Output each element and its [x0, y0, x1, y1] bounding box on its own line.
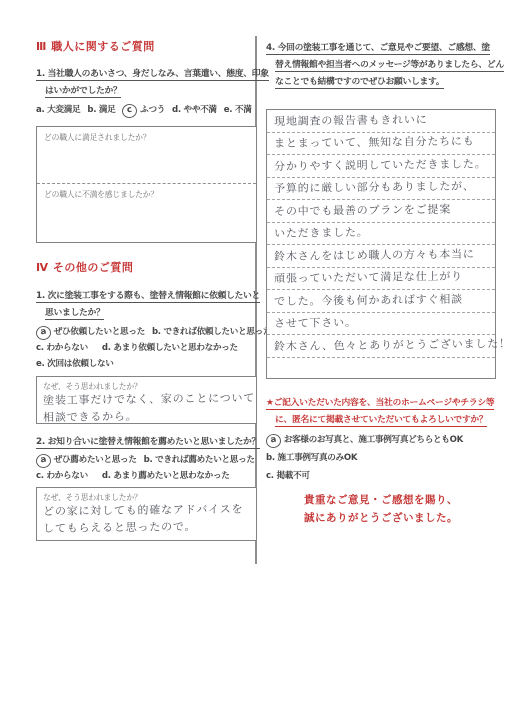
- option-d: d. やや不満: [172, 105, 217, 115]
- question-4-line3: なことでも結構ですのでぜひお願いします。: [266, 74, 496, 91]
- options-row-1: a ぜひ依頼したいと思ったb. できれば依頼したいと思った: [36, 324, 257, 340]
- question-3-1-line2: はいかがでしたか？: [36, 83, 257, 100]
- question-4-2: 2. お知り合いに塗替え情報館を薦めたいと思いましたか？ a ぜひ薦めたいと思っ…: [36, 434, 257, 541]
- option-d: d. あまり依頼したいと思わなかった: [102, 343, 238, 353]
- option-c: c. わからない: [36, 471, 88, 481]
- option-c: c. わからない: [36, 343, 88, 353]
- satisfied-craftsman-label: どの職人に満足されましたか？: [44, 132, 249, 143]
- option-c-label: ふつう: [140, 105, 165, 115]
- section4-heading: Ⅳ その他のご質問: [36, 261, 257, 275]
- option-a-label: ぜひ依頼したいと思った: [54, 327, 145, 337]
- message-line-empty: [267, 358, 495, 380]
- message-line: 予算的に厳しい部分もありましたが、: [267, 178, 495, 201]
- handdrawn-circle-mark: a: [35, 453, 52, 469]
- options-row-3: e. 次回は依頼しない: [36, 356, 257, 372]
- message-line: させて下さい。: [267, 313, 495, 336]
- question-4-1-options: a ぜひ依頼したいと思ったb. できれば依頼したいと思った c. わからないd.…: [36, 324, 257, 372]
- unsatisfied-craftsman-label: どの職人に不満を感じましたか？: [44, 189, 249, 200]
- publish-question-line1: ★ご記入いただいた内容を、当社のホームページやチラシ等: [266, 395, 496, 412]
- question-4-line2: 替え情報館や担当者へのメッセージ等がありましたら、どん: [266, 57, 496, 74]
- message-answer-box: 現地調査の報告書もきれいに まとまっていて、無知な自分たちにも 分かりやすく説明…: [266, 109, 496, 379]
- left-column: Ⅲ 職人に関するご質問 1. 当社職人のあいさつ、身だしなみ、言葉遣い、態度、印…: [36, 40, 257, 541]
- question-3-1: 1. 当社職人のあいさつ、身だしなみ、言葉遣い、態度、印象 はいかがでしたか？ …: [36, 66, 257, 243]
- question-4-2-line1: 2. お知り合いに塗替え情報館を薦めたいと思いましたか？: [36, 434, 257, 451]
- why-answer-box-1: なぜ、そう思われましたか？ 塗装工事だけでなく、家のことについて 相談できるから…: [36, 376, 257, 424]
- question-4-1: 1. 次に塗装工事をする際も、塗替え情報館に依頼したいと 思いましたか？ a ぜ…: [36, 288, 257, 424]
- options-row-1: a ぜひ薦めたいと思ったb. できれば薦めたいと思った: [36, 452, 257, 468]
- option-a-selected: a ぜひ薦めたいと思った: [36, 455, 137, 465]
- craftsman-feedback-box: どの職人に満足されましたか？ どの職人に不満を感じましたか？: [36, 126, 257, 243]
- unsatisfied-craftsman-field: どの職人に不満を感じましたか？: [37, 183, 256, 205]
- question-3-1-options: a. 大変満足b. 満足c ふつうd. やや不満e. 不満: [36, 102, 257, 118]
- satisfied-craftsman-field: どの職人に満足されましたか？: [37, 127, 256, 183]
- option-a: a. 大変満足: [36, 105, 80, 115]
- survey-page: Ⅲ 職人に関するご質問 1. 当社職人のあいさつ、身だしなみ、言葉遣い、態度、印…: [0, 0, 509, 720]
- why-answer-box-2: なぜ、そう思われましたか？ どの家に対しても的確なアドバイスを してもらえると思…: [36, 487, 257, 541]
- message-line: 鈴木さんをはじめ職人の方々も本当に: [267, 245, 495, 268]
- handdrawn-circle-mark: c: [122, 103, 139, 119]
- message-line: その中でも最善のプランをご提案: [267, 200, 495, 223]
- message-line: 鈴木さん、色々とありがとうございました！: [267, 335, 495, 358]
- option-a-label: ぜひ薦めたいと思った: [54, 455, 137, 465]
- thank-you-message: 貴重なご意見・ご感想を賜り、 誠にありがとうございました。: [266, 491, 496, 527]
- options-row-2: c. わからないd. あまり依頼したいと思わなかった: [36, 340, 257, 356]
- question-4-message: 4. 今回の塗装工事を通じて、ご意見やご要望、ご感想、塗 替え情報館や担当者への…: [266, 40, 496, 91]
- message-line: まとまっていて、無知な自分たちにも: [267, 133, 495, 156]
- option-d: d. あまり薦めたいと思わなかった: [102, 471, 230, 481]
- right-column: 4. 今回の塗装工事を通じて、ご意見やご要望、ご感想、塗 替え情報館や担当者への…: [266, 40, 496, 527]
- option-e: e. 不満: [224, 105, 252, 115]
- message-line: でした。今後も何かあればすぐ相談: [267, 290, 495, 313]
- option-c-selected: c ふつう: [122, 105, 165, 115]
- options-row-2: c. わからないd. あまり薦めたいと思わなかった: [36, 468, 257, 484]
- handdrawn-circle-mark: a: [265, 433, 282, 449]
- question-3-1-line1: 1. 当社職人のあいさつ、身だしなみ、言葉遣い、態度、印象: [36, 66, 257, 83]
- option-b: b. 満足: [87, 105, 115, 115]
- option-a-selected: a お客様のお写真と、施工事例写真どちらともOK: [266, 431, 496, 449]
- question-4-line1: 4. 今回の塗装工事を通じて、ご意見やご要望、ご感想、塗: [266, 40, 496, 57]
- option-a-label: お客様のお写真と、施工事例写真どちらともOK: [284, 435, 463, 445]
- handdrawn-circle-mark: a: [35, 325, 52, 341]
- handwritten-answer-line: 相談できるから。: [43, 406, 250, 426]
- section3-heading: Ⅲ 職人に関するご質問: [36, 40, 257, 54]
- option-b: b. できれば薦めたいと思った: [144, 455, 255, 465]
- thank-you-line1: 貴重なご意見・ご感想を賜り、: [266, 491, 496, 509]
- option-b: b. できれば依頼したいと思った: [152, 327, 271, 337]
- publish-question-options: a お客様のお写真と、施工事例写真どちらともOK b. 施工事例写真のみOK c…: [266, 431, 496, 485]
- option-e: e. 次回は依頼しない: [36, 359, 114, 369]
- publish-question-line2: に、匿名にて掲載させていただいてもよろしいですか？: [266, 412, 496, 429]
- option-b: b. 施工事例写真のみOK: [266, 449, 496, 467]
- option-a-selected: a ぜひ依頼したいと思った: [36, 327, 145, 337]
- message-line: 現地調査の報告書もきれいに: [267, 110, 495, 133]
- option-c: c. 掲載不可: [266, 467, 496, 485]
- handwritten-answer-line: してもらえると思ったので。: [43, 517, 250, 537]
- message-line: 分かりやすく説明していただきました。: [267, 155, 495, 178]
- question-4-1-line2: 思いましたか？: [36, 305, 257, 322]
- thank-you-line2: 誠にありがとうございました。: [266, 509, 496, 527]
- question-4-2-options: a ぜひ薦めたいと思ったb. できれば薦めたいと思った c. わからないd. あ…: [36, 452, 257, 484]
- message-line: 頑張っていただいて満足な仕上がり: [267, 268, 495, 291]
- publish-permission-question: ★ご記入いただいた内容を、当社のホームページやチラシ等 に、匿名にて掲載させてい…: [266, 395, 496, 485]
- message-line: いただきました。: [267, 223, 495, 246]
- question-4-1-line1: 1. 次に塗装工事をする際も、塗替え情報館に依頼したいと: [36, 288, 257, 305]
